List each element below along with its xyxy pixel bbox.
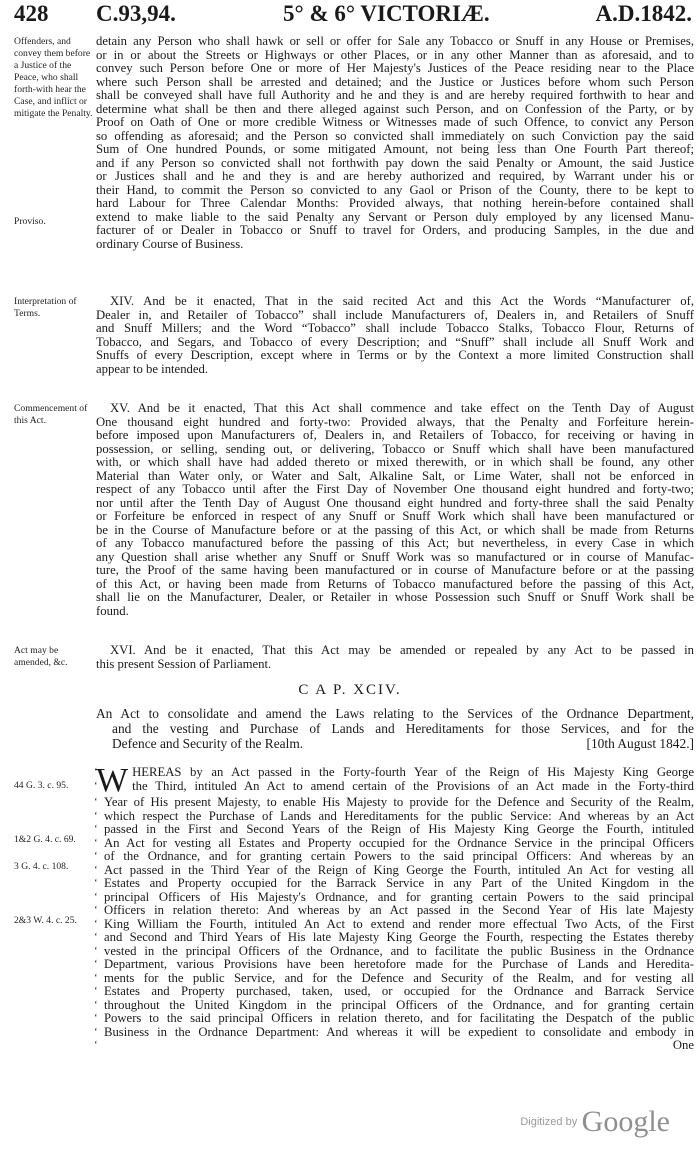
text-line: ture, the Proof of the same having been … bbox=[96, 564, 694, 578]
margin-note-proviso: Proviso. bbox=[14, 216, 94, 228]
text-line: HEREAS by an Act passed in the Forty-fou… bbox=[96, 766, 694, 780]
text-line: respect of any Tobacco until after the F… bbox=[96, 483, 694, 497]
text-line: possession, or selling, sending out, or … bbox=[96, 443, 694, 457]
act-long-title: An Act to consolidate and amend the Laws… bbox=[96, 706, 694, 751]
margin-note-amended: Act may be amended, &c. bbox=[14, 645, 94, 669]
text-line: Act passed in the Third Year of the Reig… bbox=[96, 864, 694, 878]
text-line: of this Act, or having been made from Re… bbox=[96, 578, 694, 592]
section-xv-text: XV. And be it enacted, That this Act sha… bbox=[96, 402, 694, 618]
text-line: be in the Course of Manufacture before o… bbox=[96, 524, 694, 538]
text-line: of any Tobacco manufactured before the p… bbox=[96, 537, 694, 551]
title-line: and the vesting and Purchase of Lands an… bbox=[96, 721, 694, 736]
margin-citation-2: 1&2 G. 4. c. 69. bbox=[14, 834, 94, 846]
text-line: An Act for vesting all Estates and Prope… bbox=[96, 837, 694, 851]
text-line: with, or which shall have had added ther… bbox=[96, 456, 694, 470]
margin-note-interpretation: Interpretation of Terms. bbox=[14, 296, 94, 320]
text-line: shall lie on the Manufacturer, Dealer, o… bbox=[96, 591, 694, 605]
text-line: Estates and Property occupied for the Ba… bbox=[96, 877, 694, 891]
section-xiii-text: detain any Person who shall hawk or sell… bbox=[96, 35, 694, 251]
text-line: which respect the Purchase of Lands and … bbox=[96, 810, 694, 824]
google-logo: Google bbox=[582, 1105, 670, 1138]
title-last-line: Defence and Security of the Realm. [10th… bbox=[96, 736, 694, 751]
text-line: detain any Person who shall hawk or sell… bbox=[96, 35, 694, 49]
text-line: any Question shall arise whether any Snu… bbox=[96, 551, 694, 565]
text-line: shall be conveyed shall have full Author… bbox=[96, 89, 694, 103]
text-line: and Snuff Millers; and the Word “Tobacco… bbox=[96, 322, 694, 336]
margin-citation-3: 3 G. 4. c. 108. bbox=[14, 861, 94, 873]
margin-citation-4: 2&3 W. 4. c. 25. bbox=[14, 915, 94, 927]
year-label: A.D.1842. bbox=[596, 0, 692, 28]
margin-note-offenders: Offenders, and convey them before a Just… bbox=[14, 36, 94, 120]
text-line: and Second and Third Years of His late M… bbox=[96, 931, 694, 945]
page-number: 428 bbox=[14, 0, 49, 28]
text-line: or in or about the Streets or Highways o… bbox=[96, 49, 694, 63]
text-line: Dealer in, and Retailer of Tobacco” shal… bbox=[96, 309, 694, 323]
text-line: where such Person shall be arrested and … bbox=[96, 76, 694, 90]
text-line: Tobacco, and Segars, and Tobacco of ever… bbox=[96, 336, 694, 350]
text-line: ordinary Course of Business. bbox=[96, 238, 694, 252]
text-line: ments for the public Service, and for th… bbox=[96, 972, 694, 986]
preamble-text: W HEREAS by an Act passed in the Forty-f… bbox=[96, 766, 694, 1053]
text-line: passed in the First and Second Years of … bbox=[96, 823, 694, 837]
chapter-heading: C A P. XCIV. bbox=[0, 682, 700, 699]
regnal-title: 5° & 6° VICTORIÆ. bbox=[283, 0, 490, 28]
text-line: Material than Water only, or Water and S… bbox=[96, 470, 694, 484]
text-line: vested in the principal Officers of the … bbox=[96, 945, 694, 959]
text-line: Snuffs of every Description, except wher… bbox=[96, 349, 694, 363]
margin-citation-1: 44 G. 3. c. 95. bbox=[14, 780, 94, 792]
text-line: Sum of One hundred Pounds, or some mitig… bbox=[96, 143, 694, 157]
text-line: of the Ordnance, and for granting certai… bbox=[96, 850, 694, 864]
text-line: throughout the United Kingdom in the pri… bbox=[96, 999, 694, 1013]
text-line: Officers in relation thereto: And wherea… bbox=[96, 904, 694, 918]
text-line: the Third, intituled An Act to amend cer… bbox=[96, 780, 694, 794]
text-line: Estates and Property purchased, taken, u… bbox=[96, 985, 694, 999]
text-line: extend to make liable to the said Penalt… bbox=[96, 211, 694, 225]
section-xvi-text: XVI. And be it enacted, That this Act ma… bbox=[96, 644, 694, 671]
text-line: their Hand, to commit the Person so conv… bbox=[96, 184, 694, 198]
text-line: this present Session of Parliament. bbox=[96, 658, 694, 672]
text-line: King William the Fourth, intituled An Ac… bbox=[96, 918, 694, 932]
act-date: [10th August 1842.] bbox=[587, 736, 695, 751]
text-line: or Forfeiture be enforced in respect of … bbox=[96, 510, 694, 524]
text-line: and if any Person so convicted shall not… bbox=[96, 157, 694, 171]
catchword: One bbox=[96, 1039, 694, 1053]
digitization-watermark: Digitized by Google bbox=[520, 1105, 670, 1139]
text-line: Powers to the said principal Officers in… bbox=[96, 1012, 694, 1026]
text-line: appear to be intended. bbox=[96, 363, 694, 377]
text-line: so offending as aforesaid; and the Perso… bbox=[96, 130, 694, 144]
text-line: nor until after the Tenth Day of August … bbox=[96, 497, 694, 511]
margin-note-commencement: Commencement of this Act. bbox=[14, 403, 94, 427]
text-line: One thousand eight hundred and forty-two… bbox=[96, 416, 694, 430]
text-line: Proof on Oath of One or more credible Wi… bbox=[96, 116, 694, 130]
text-line: Department, various Provisions have been… bbox=[96, 958, 694, 972]
text-line: Year of His present Majesty, to enable H… bbox=[96, 796, 694, 810]
text-line: XV. And be it enacted, That this Act sha… bbox=[96, 402, 694, 416]
text-line: XVI. And be it enacted, That this Act ma… bbox=[96, 644, 694, 658]
title-line: Defence and Security of the Realm. bbox=[112, 736, 303, 751]
text-line: or Justices shall and he and they is and… bbox=[96, 170, 694, 184]
running-header: 428 C.93,94. 5° & 6° VICTORIÆ. A.D.1842. bbox=[0, 0, 700, 28]
chapter-reference: C.93,94. bbox=[96, 0, 176, 28]
text-line: principal Officers of His Majesty's Ordn… bbox=[96, 891, 694, 905]
text-line: found. bbox=[96, 605, 694, 619]
title-line: An Act to consolidate and amend the Laws… bbox=[96, 706, 694, 721]
text-line: facturer of or Dealer in Tobacco or Snuf… bbox=[96, 224, 694, 238]
text-line: determine what shall be then and there a… bbox=[96, 103, 694, 117]
text-line: hard Labour for Three Calendar Months: P… bbox=[96, 197, 694, 211]
section-xiv-text: XIV. And be it enacted, That in the said… bbox=[96, 295, 694, 376]
text-line: before imposed upon Manufacturers of, De… bbox=[96, 429, 694, 443]
text-line: convey such Person before One or more of… bbox=[96, 62, 694, 76]
watermark-prefix: Digitized by bbox=[520, 1116, 577, 1128]
text-line: XIV. And be it enacted, That in the said… bbox=[96, 295, 694, 309]
text-line: Business in the Ordnance Department: And… bbox=[96, 1026, 694, 1040]
